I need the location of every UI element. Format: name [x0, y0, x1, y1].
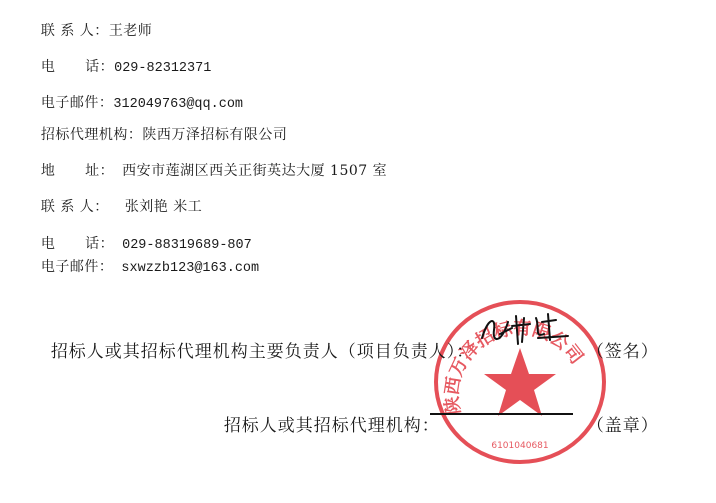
agency-address-label: 地 址：: [41, 163, 114, 179]
seal-row: 招标人或其招标代理机构：: [211, 396, 440, 436]
tenderer-phone-label: 电 话：: [41, 59, 114, 75]
agency-email-value: sxwzzb123@163.com: [121, 261, 259, 276]
tenderer-phone-value: 029-82312371: [114, 61, 211, 76]
seal-suffix-row: （盖章）: [574, 396, 659, 436]
star-icon: [484, 348, 556, 416]
principal-signature-row: 招标人或其招标代理机构主要负责人（项目负责人）：: [38, 322, 474, 362]
seal-suffix: （盖章）: [587, 416, 659, 436]
agency-contact-label: 联 系 人：: [41, 199, 109, 215]
tenderer-email-value: 312049763@qq.com: [113, 97, 243, 112]
tenderer-contact-row: 联 系 人：王老师: [31, 7, 152, 39]
principal-suffix: （签名）: [587, 342, 659, 362]
tenderer-email-label: 电子邮件：: [41, 95, 114, 111]
principal-label: 招标人或其招标代理机构主要负责人（项目负责人）：: [51, 342, 475, 362]
agency-email-row: 电子邮件：sxwzzb123@163.com: [31, 243, 259, 277]
handwritten-signature: [478, 308, 573, 348]
agency-address-row: 地 址：西安市莲湖区西关正街英达大厦 1507 室: [31, 147, 387, 179]
agency-name-row: 招标代理机构：陕西万泽招标有限公司: [31, 111, 287, 143]
agency-name-value: 陕西万泽招标有限公司: [142, 127, 287, 143]
tenderer-contact-label: 联 系 人：: [41, 23, 109, 39]
tenderer-phone-row: 电 话：029-82312371: [31, 43, 211, 77]
svg-text:6101040681: 6101040681: [491, 441, 548, 451]
agency-email-label: 电子邮件：: [41, 259, 114, 275]
tenderer-email-row: 电子邮件：312049763@qq.com: [31, 79, 243, 113]
agency-address-value: 西安市莲湖区西关正街英达大厦 1507 室: [122, 163, 387, 179]
seal-label: 招标人或其招标代理机构：: [224, 416, 440, 436]
agency-contact-row: 联 系 人：张刘艳 米工: [31, 183, 202, 215]
agency-contact-value: 张刘艳 米工: [125, 199, 202, 215]
seal-underline: [430, 413, 573, 415]
tenderer-contact-value: 王老师: [109, 23, 153, 39]
principal-suffix-row: （签名）: [574, 322, 659, 362]
agency-name-label: 招标代理机构：: [41, 127, 143, 143]
